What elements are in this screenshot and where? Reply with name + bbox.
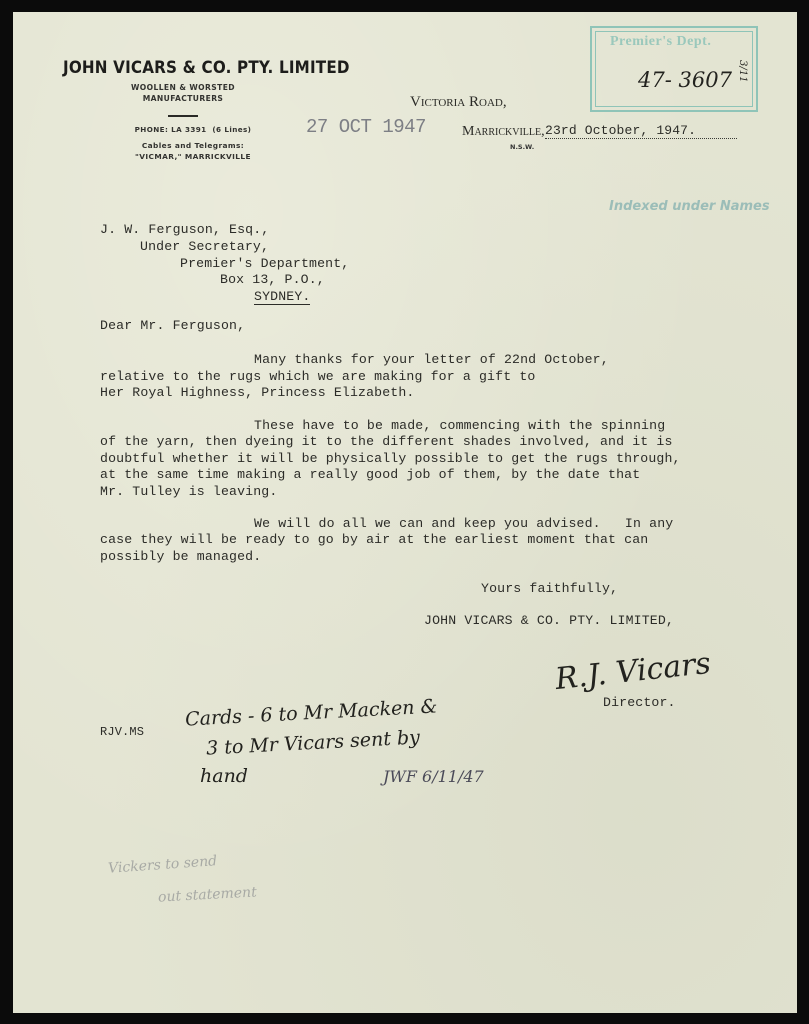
state: N.S.W.	[510, 143, 534, 151]
body-p1-line1: Many thanks for your letter of 22nd Octo…	[254, 352, 609, 367]
suburb: Marrickville,	[462, 124, 545, 140]
signatory-title: Director.	[603, 695, 676, 710]
addressee-box: Box 13, P.O.,	[220, 272, 325, 287]
closing-company: JOHN VICARS & CO. PTY. LIMITED,	[424, 613, 674, 628]
letter-date: 23rd October, 1947.	[545, 123, 737, 139]
valediction: Yours faithfully,	[481, 581, 618, 596]
signature: R.J. Vicars	[554, 646, 713, 697]
cables-value: "VICMAR," MARRICKVILLE	[108, 152, 278, 161]
body-p2-line3: doubtful whether it will be physically p…	[100, 451, 681, 466]
street-address: Victoria Road,	[410, 94, 507, 111]
body-p2-line2: of the yarn, then dyeing it to the diffe…	[100, 434, 673, 449]
pencil-note-line1: Vickers to send	[108, 853, 218, 877]
handwritten-initials: JWF 6/11/47	[383, 767, 484, 786]
handwritten-note-line2: 3 to Mr Vicars sent by	[206, 726, 421, 759]
addressee-department: Premier's Department,	[180, 256, 349, 271]
body-p3-line1: We will do all we can and keep you advis…	[254, 516, 673, 531]
body-p3-line3: possibly be managed.	[100, 549, 261, 564]
tagline-1: WOOLLEN & WORSTED	[123, 83, 243, 92]
salutation: Dear Mr. Ferguson,	[100, 318, 245, 333]
body-p2-line4: at the same time making a really good jo…	[100, 467, 640, 482]
addressee-title: Under Secretary,	[140, 239, 269, 254]
tagline-2: MANUFACTURERS	[123, 94, 243, 103]
addressee-name: J. W. Ferguson, Esq.,	[100, 222, 269, 237]
handwritten-note-line1: Cards - 6 to Mr Macken &	[185, 695, 438, 730]
pencil-note-line2: out statement	[158, 884, 257, 905]
body-p2-line1: These have to be made, commencing with t…	[254, 418, 665, 433]
addressee-city: SYDNEY.	[254, 289, 310, 305]
company-name: JOHN VICARS & CO. PTY. LIMITED	[63, 58, 350, 77]
indexed-stamp: Indexed under Names	[609, 199, 770, 214]
body-p3-line2: case they will be ready to go by air at …	[100, 532, 648, 547]
dept-file-fraction: 3/11	[737, 60, 748, 82]
received-date-stamp: 27 OCT 1947	[306, 116, 426, 138]
body-p1-line3: Her Royal Highness, Princess Elizabeth.	[100, 385, 415, 400]
dept-file-number: 47- 3607	[638, 68, 732, 92]
cables-label: Cables and Telegrams:	[113, 141, 273, 150]
phone: PHONE: LA 3391 (6 Lines)	[113, 125, 273, 134]
dept-stamp-title: Premier's Dept.	[610, 34, 711, 50]
letter-page: JOHN VICARS & CO. PTY. LIMITED WOOLLEN &…	[13, 12, 797, 1013]
letterhead-rule	[168, 115, 198, 117]
premiers-dept-stamp: Premier's Dept. 47- 3607 3/11	[590, 26, 758, 112]
body-p2-line5: Mr. Tulley is leaving.	[100, 484, 277, 499]
reference-initials: RJV.MS	[100, 725, 144, 739]
body-p1-line2: relative to the rugs which we are making…	[100, 369, 535, 384]
handwritten-note-line3: hand	[200, 765, 248, 787]
